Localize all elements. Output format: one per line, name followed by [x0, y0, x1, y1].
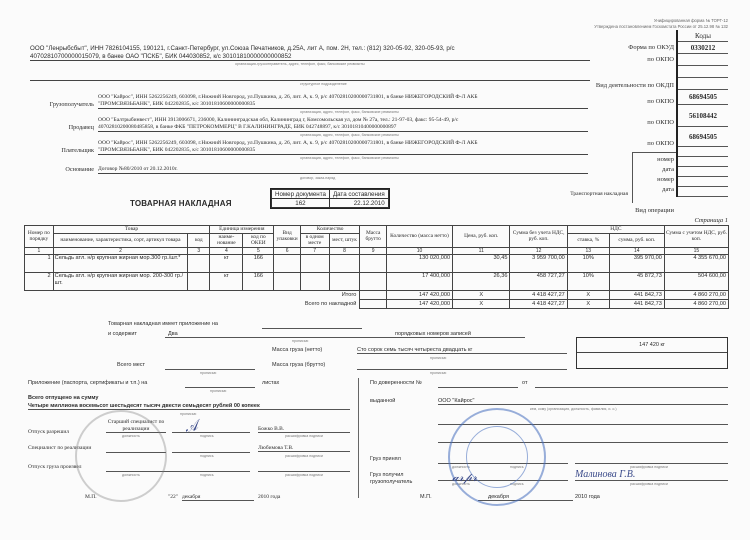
mass-net-label: Масса груза (нетто) [272, 347, 322, 353]
doc-date: 22.12.2010 [329, 199, 388, 208]
page-label: Страница 1 [640, 217, 728, 224]
cell-okei: 166 [243, 273, 274, 291]
proxy-date-line [535, 387, 728, 388]
consignee-line-2: "ПРОМСВЯЗЬБАНК", БИК 042202835, к/с 3010… [98, 101, 588, 108]
contains-label: и содержит [108, 331, 137, 337]
cell-name: Сельдь атл. н/р крупная жирная мор.300 г… [53, 255, 188, 273]
places-hint: прописью [200, 371, 216, 375]
release-allowed-label: Отпуск разрешил [28, 429, 69, 435]
okpo-label: по ОКПО [580, 56, 674, 63]
okdp-value [678, 78, 728, 90]
signature-hint-1: подпись [200, 434, 214, 438]
shipper-line-1: ООО "Ленрыбсбыт", ИНН 7826104155, 190121… [30, 45, 590, 53]
cell-n: 1 [25, 255, 54, 273]
column-number: 1 [25, 247, 54, 255]
date-day-left: "22" [168, 494, 178, 500]
cell-okei: 166 [243, 255, 274, 273]
basis-number-value [678, 147, 728, 157]
name-hint-3: расшифровка подписи [285, 473, 323, 477]
th-vat: НДС [567, 226, 664, 234]
total-sum: 4 418 427,27 [510, 300, 567, 309]
okpo-supplier-value: 56108442 [678, 105, 728, 127]
consignee-info: ООО "Кайрос", ИНН 5262256249, 603098, г.… [98, 94, 588, 109]
cell-gross [360, 273, 386, 291]
th-qty: Количество [300, 226, 360, 234]
mass-net-box-value: 147 420 кг [577, 338, 727, 353]
th-unit: Единица измерения [210, 226, 274, 234]
cell-pack [274, 255, 301, 273]
column-number: 14 [609, 247, 664, 255]
operation-label: Вид операции [580, 207, 674, 214]
seal-left [75, 410, 167, 502]
shipper-hint: организация-грузоотправитель, адрес, тел… [235, 62, 365, 66]
total-total: 4 860 270,00 [664, 300, 728, 309]
cell-places [329, 273, 360, 291]
th-num: Номер по порядку [25, 226, 54, 248]
cell-gross [360, 255, 386, 273]
column-number: 4 [210, 247, 243, 255]
transport-date-label: дата [632, 186, 674, 193]
total-sum-words: Четыре миллиона восемьсот шестьдесят тыс… [28, 403, 350, 410]
payer-label: Плательщик [20, 147, 94, 154]
footer-divider [358, 378, 359, 498]
department-hint: структурное подразделение [300, 82, 347, 86]
doc-number: 162 [272, 199, 330, 208]
appendix-label: Товарная накладная имеет приложение на [108, 321, 218, 327]
th-vat-sum: сумма, руб. коп. [609, 233, 664, 247]
totals-row-label: Итого [25, 291, 360, 300]
th-unit-okei: код по ОКЕИ [243, 233, 274, 247]
grand-total-row: Всего по накладной147 420,000X4 418 427,… [25, 300, 729, 309]
cell-name: Сельдь атл. н/р крупная жирная мор. 200-… [53, 273, 188, 291]
cell-price: 26,36 [453, 273, 510, 291]
attach-hint: прописью [210, 389, 226, 393]
cell-n: 2 [25, 273, 54, 291]
name-hint-2: расшифровка подписи [285, 454, 323, 458]
total-sum-hint: прописью [180, 412, 196, 416]
okpo-payer-value: 68694505 [678, 127, 728, 147]
column-number: 7 [300, 247, 329, 255]
okpo-shipper-value [678, 54, 728, 66]
basis-value: Договор №80/2010 от 20.12.2010г. [98, 166, 588, 174]
signature-hint-2: подпись [200, 454, 214, 458]
cargo-received-label: Груз получил грузополучатель [370, 472, 430, 485]
total-vat: 441 842,73 [609, 291, 664, 300]
name-hint-5: расшифровка подписи [630, 482, 668, 486]
cell-vat: 45 872,73 [609, 273, 664, 291]
okdp-label: Вид деятельности по ОКДП [540, 82, 674, 89]
release-name: Божко В.В. [258, 426, 350, 433]
goods-table: Номер по порядку Товар Единица измерения… [24, 225, 729, 309]
th-pack: Вид упаковки [274, 226, 301, 248]
th-goods-name: наименование, характеристика, сорт, арти… [53, 233, 188, 247]
mass-net-hint: прописью [430, 356, 446, 360]
date-month-left: декабря [182, 494, 254, 501]
places-line [165, 369, 255, 370]
mass-gross-label: Масса груза (брутто) [272, 362, 325, 368]
codes-box: Коды 0330212 68694505 56108442 68694505 [676, 30, 728, 197]
basis-hint: договор, заказ-наряд [300, 176, 335, 180]
column-number: 5 [243, 247, 274, 255]
column-number: 11 [453, 247, 510, 255]
okpo-supplier-label: по ОКПО [580, 119, 674, 126]
okpo-payer-label: по ОКПО [580, 140, 674, 147]
cell-places [329, 255, 360, 273]
signature-hint-3: подпись [200, 473, 214, 477]
cell-total: 504 600,00 [664, 273, 728, 291]
mass-gross-hint: прописью [430, 371, 446, 375]
payer-line-1: ООО "Кайрос", ИНН 5262256249, 603098, г.… [98, 140, 588, 147]
cell-sum: 458 727,27 [510, 273, 567, 291]
contains-value: Два [165, 331, 525, 338]
supplier-label: Продавец [20, 124, 94, 131]
okud-label: Форма по ОКУД [580, 44, 674, 51]
attach-line [185, 387, 255, 388]
shipped-label: Отпуск груза произвел [28, 464, 82, 470]
total-net: 147 420,000 [386, 291, 452, 300]
total-gross [360, 300, 386, 309]
seal-right [448, 408, 546, 506]
proxy-label: По доверенности № [370, 380, 422, 386]
attach-label: Приложение (паспорта, сертификаты и т.п.… [28, 380, 147, 386]
accepted-name-line [575, 463, 728, 464]
basis-date-value [678, 157, 728, 167]
supplier-line-1: ООО "Балтрыбинвест", ИНН 3913006671, 236… [98, 117, 588, 124]
doc-date-header: Дата составления [329, 190, 388, 199]
cell-pack [274, 273, 301, 291]
table-row: 1Сельдь атл. н/р крупная жирная мор.300 … [25, 255, 729, 273]
release-signature-line [172, 432, 250, 433]
column-numbers-row: 123456789101112131415 [25, 247, 729, 255]
shipper-line-2: 40702810700000015079, в банке ОАО "ПСКБ"… [30, 53, 590, 61]
cell-sum: 3 959 700,00 [510, 255, 567, 273]
payer-hint: организация, адрес, телефон, факс, банко… [300, 156, 399, 160]
column-number: 9 [360, 247, 386, 255]
th-sum-novat: Сумма без учета НДС, руб. коп. [510, 226, 567, 248]
basis-date-label: дата [632, 166, 674, 173]
contains-hint: прописью [292, 339, 308, 343]
column-number: 6 [274, 247, 301, 255]
totals-row: Итого147 420,000X4 418 427,27X441 842,73… [25, 291, 729, 300]
supplier-hint: организация, адрес, телефон, факс, банко… [300, 133, 399, 137]
date-year-right: 2010 года [575, 494, 600, 500]
th-unit-name: наиме-нование [210, 233, 243, 247]
receiver-signature: Малинова Г.В. [575, 469, 728, 481]
total-rate: X [567, 291, 609, 300]
th-qty-places: мест, штук [329, 233, 360, 247]
mass-box: 147 420 кг [576, 337, 728, 369]
payer-info: ООО "Кайрос", ИНН 5262256249, 603098, г.… [98, 140, 588, 155]
mp-right: М.П. [420, 494, 432, 500]
total-vat: 441 842,73 [609, 300, 664, 309]
cell-one [300, 255, 329, 273]
proxy-number-line [438, 387, 518, 388]
mass-gross-line [357, 369, 567, 370]
cell-vat: 395 970,00 [609, 255, 664, 273]
department-line [30, 80, 590, 81]
issued-value: ООО "Кайрос" [438, 398, 728, 405]
payer-line-2: "ПРОМСВЯЗЬБАНК", БИК 042202835, к/с 3010… [98, 147, 588, 154]
cell-price: 30,45 [453, 255, 510, 273]
th-gross: Масса брутто [360, 226, 386, 248]
codes-title: Коды [678, 30, 728, 42]
issued-hint: кем, кому (организация, должность, фамил… [530, 407, 617, 411]
column-number: 15 [664, 247, 728, 255]
th-goods: Товар [53, 226, 210, 234]
places-label: Всего мест [117, 362, 145, 368]
total-total: 4 860 270,00 [664, 291, 728, 300]
document-number-box: Номер документа Дата составления 162 22.… [270, 188, 390, 209]
table-row: 2Сельдь атл. н/р крупная жирная мор. 200… [25, 273, 729, 291]
sheets-label: листах [262, 380, 279, 386]
cell-rate: 10% [567, 255, 609, 273]
total-sum-label: Всего отпущено на сумму [28, 395, 98, 401]
specialist-name: Любимова Т.В. [258, 445, 350, 452]
okpo-consignee-label: по ОКПО [580, 98, 674, 105]
consignee-line-1: ООО "Кайрос", ИНН 5262256249, 603098, г.… [98, 94, 588, 101]
column-number: 10 [386, 247, 452, 255]
cargo-accepted-label: Груз принял [370, 456, 401, 462]
supplier-info: ООО "Балтрыбинвест", ИНН 3913006671, 236… [98, 117, 588, 132]
signature-left-1: 𝒜 [183, 419, 200, 438]
form-approval: Утверждена постановлением Госкомстата Ро… [470, 24, 728, 29]
cell-code [188, 273, 210, 291]
operation-value [678, 187, 728, 197]
name-hint-1: расшифровка подписи [285, 434, 323, 438]
column-number: 8 [329, 247, 360, 255]
cell-rate: 10% [567, 273, 609, 291]
date-year-left: 2010 года [258, 494, 280, 500]
transport-date-value [678, 177, 728, 187]
total-sum: 4 418 427,27 [510, 291, 567, 300]
cell-one [300, 273, 329, 291]
consignee-hint: организация, адрес, телефон, факс, банко… [300, 110, 399, 114]
shipper-spacer [678, 66, 728, 78]
signature-right-1: 𝒶𝓇𝓅𝓇 [452, 470, 477, 485]
cell-unit: кг [210, 255, 243, 273]
th-net: Количество (масса нетто) [386, 226, 452, 248]
total-net: 147 420,000 [386, 300, 452, 309]
th-qty-one: в одном месте [300, 233, 329, 247]
issued-label: выданной [370, 398, 395, 404]
column-number: 13 [567, 247, 609, 255]
mass-net-value: Сто сорок семь тысяч четыреста двадцать … [357, 347, 567, 354]
appendix-line [262, 328, 362, 329]
grand-total-row-label: Всего по накладной [25, 300, 360, 309]
total-price: X [453, 300, 510, 309]
cell-code [188, 255, 210, 273]
supplier-line-2: 40702810200080485858, в банке ФКБ "ПЕТРО… [98, 124, 588, 131]
basis-number-label: номер [632, 156, 674, 163]
transport-number-value [678, 167, 728, 177]
column-number: 2 [53, 247, 188, 255]
okud-value: 0330212 [678, 42, 728, 54]
th-vat-rate: ставка, % [567, 233, 609, 247]
proxy-from-label: от [522, 380, 527, 386]
cell-total: 4 355 670,00 [664, 255, 728, 273]
basis-label: Основание [20, 166, 94, 173]
total-price: X [453, 291, 510, 300]
total-gross [360, 291, 386, 300]
shipped-name-line [258, 471, 350, 472]
th-sum-vat: Сумма с учетом НДС, руб. коп. [664, 226, 728, 248]
doc-number-header: Номер документа [272, 190, 330, 199]
mp-left: М.П. [85, 494, 97, 500]
column-number: 12 [510, 247, 567, 255]
cell-net: 130 020,000 [386, 255, 452, 273]
cell-net: 17 400,000 [386, 273, 452, 291]
specialist-signature-line [172, 452, 250, 453]
document-title: ТОВАРНАЯ НАКЛАДНАЯ [130, 199, 232, 208]
total-rate: X [567, 300, 609, 309]
okpo-consignee-value: 68694505 [678, 90, 728, 105]
th-price: Цена, руб. коп. [453, 226, 510, 248]
transport-label: Транспортная накладная [480, 191, 628, 197]
form-note: Унифицированная форма № ТОРГ-12 [520, 18, 728, 23]
consignee-label: Грузополучатель [20, 101, 94, 108]
transport-number-label: номер [632, 176, 674, 183]
column-number: 3 [188, 247, 210, 255]
th-goods-code: код [188, 233, 210, 247]
shipper-info: ООО "Ленрыбсбыт", ИНН 7826104155, 190121… [30, 45, 590, 61]
cell-unit: кг [210, 273, 243, 291]
records-label: порядковых номеров записей [395, 331, 471, 337]
